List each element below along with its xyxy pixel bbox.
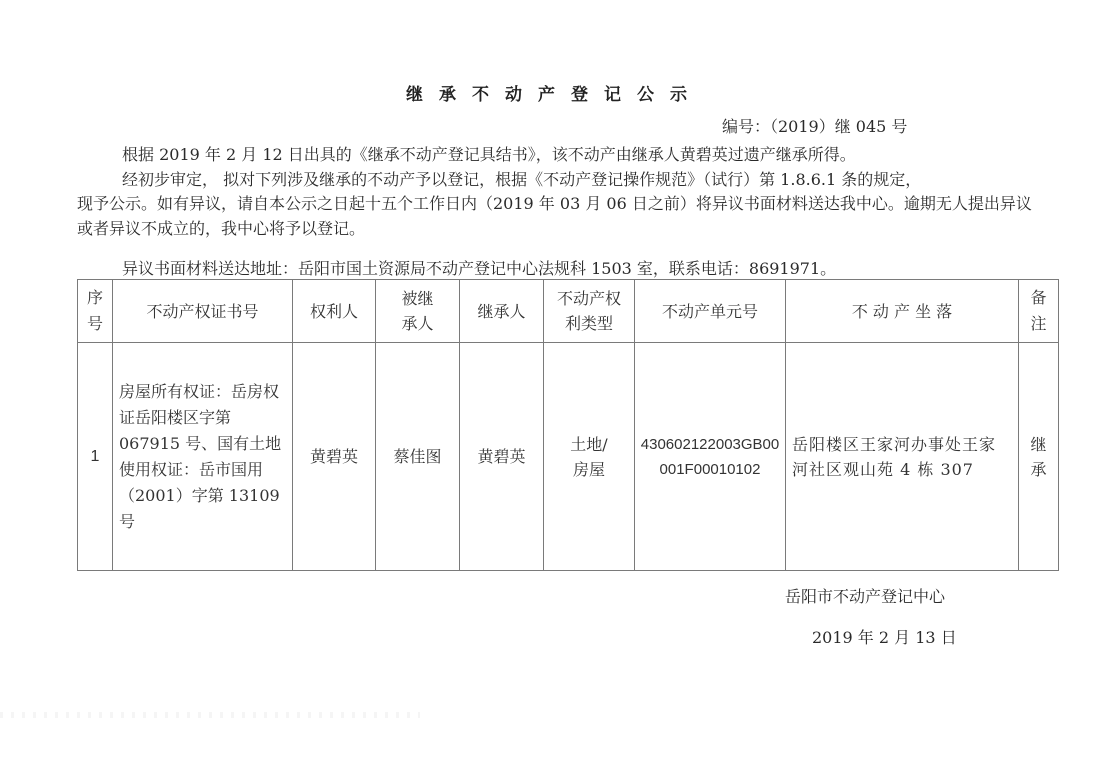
- header-certificate: 不动产权证书号: [113, 280, 293, 343]
- cell-seq: 1: [78, 343, 113, 571]
- document-number: 编号：（2019）继 045 号: [722, 114, 907, 137]
- document-title: 继承不动产登记公示: [0, 80, 1099, 105]
- registration-table: 序号 不动产权证书号 权利人 被继承人 继承人 不动产权利类型 不动产单元号 不…: [77, 279, 1059, 571]
- cell-heir: 黄碧英: [460, 343, 544, 571]
- issue-date: 2019 年 2 月 13 日: [812, 625, 957, 648]
- issuer-signature: 岳阳市不动产登记中心: [785, 584, 945, 607]
- table-header-row: 序号 不动产权证书号 权利人 被继承人 继承人 不动产权利类型 不动产单元号 不…: [78, 280, 1059, 343]
- header-remark: 备注: [1019, 280, 1059, 343]
- header-location: 不 动 产 坐 落: [786, 280, 1019, 343]
- paragraph-basis: 根据 2019 年 2 月 12 日出具的《继承不动产登记具结书》，该不动产由继…: [122, 143, 856, 168]
- header-right-type: 不动产权利类型: [544, 280, 635, 343]
- cell-right-type: 土地/房屋: [544, 343, 635, 571]
- cell-unit-number: 430602122003GB00001F00010102: [635, 343, 786, 571]
- paragraph-review: 经初步审定， 拟对下列涉及继承的不动产予以登记，根据《不动产登记操作规范》（试行…: [122, 168, 921, 193]
- paragraph-objection-period: 现予公示。如有异议，请自本公示之日起十五个工作日内（2019 年 03 月 06…: [77, 192, 1042, 241]
- cell-certificate: 房屋所有权证：岳房权证岳阳楼区字第 067915 号、国有土地使用权证：岳市国用…: [113, 343, 293, 571]
- cell-location: 岳阳楼区王家河办事处王家河社区观山苑 4 栋 307: [786, 343, 1019, 571]
- paragraph-objection-address: 异议书面材料送达地址：岳阳市国土资源局不动产登记中心法规科 1503 室，联系电…: [122, 257, 836, 282]
- cell-decedent: 蔡佳图: [376, 343, 460, 571]
- header-rights-holder: 权利人: [293, 280, 376, 343]
- header-heir: 继承人: [460, 280, 544, 343]
- header-unit-number: 不动产单元号: [635, 280, 786, 343]
- header-decedent: 被继承人: [376, 280, 460, 343]
- cell-remark: 继承: [1019, 343, 1059, 571]
- table-row: 1 房屋所有权证：岳房权证岳阳楼区字第 067915 号、国有土地使用权证：岳市…: [78, 343, 1059, 571]
- cell-rights-holder: 黄碧英: [293, 343, 376, 571]
- header-seq: 序号: [78, 280, 113, 343]
- scan-noise: [0, 712, 420, 718]
